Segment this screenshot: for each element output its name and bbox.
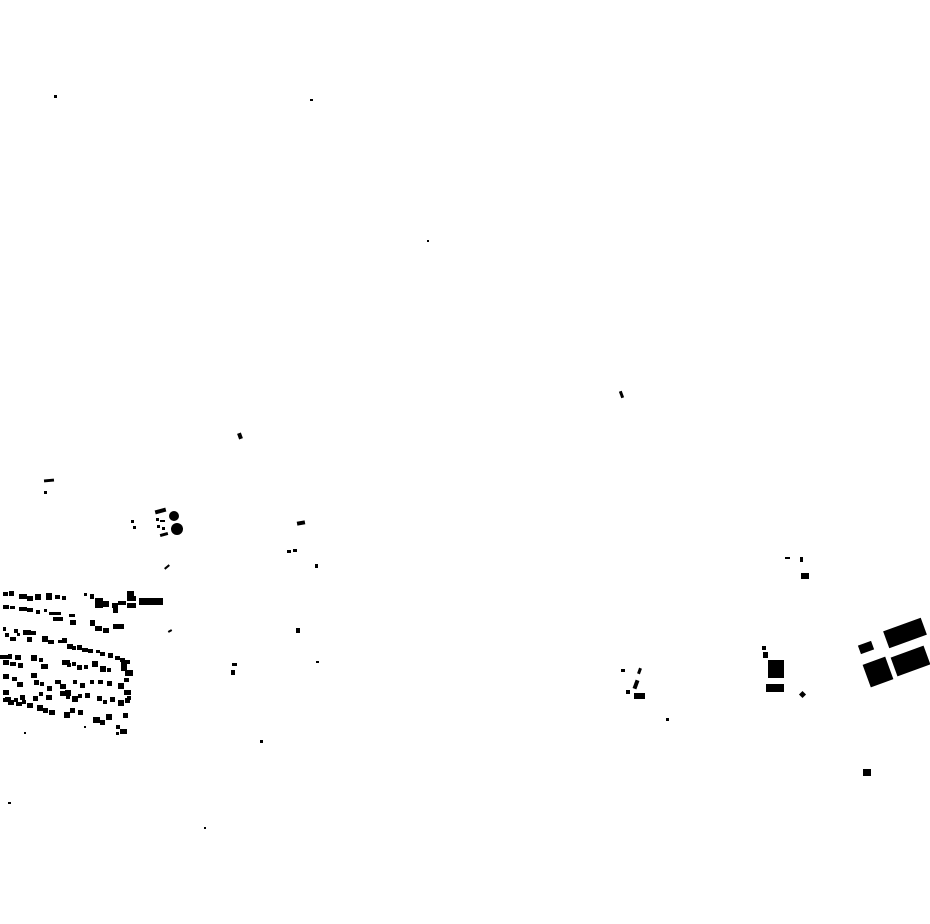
residential-building [44, 609, 47, 612]
residential-building [107, 681, 112, 686]
residential-building [49, 612, 61, 615]
residential-building [9, 591, 14, 596]
residential-building [27, 596, 33, 601]
residential-building [73, 680, 77, 684]
residential-building [33, 696, 38, 701]
residential-building [77, 665, 82, 670]
residential-building [40, 682, 44, 686]
residential-building [88, 649, 93, 653]
building [260, 740, 263, 743]
residential-building [90, 620, 95, 626]
residential-building [8, 700, 14, 705]
residential-building [27, 637, 32, 642]
residential-building [131, 596, 136, 601]
building [287, 550, 291, 553]
building [232, 663, 237, 666]
residential-building [66, 695, 70, 699]
residential-building [16, 702, 22, 706]
residential-building [60, 684, 66, 689]
residential-building [72, 646, 76, 650]
residential-building [121, 661, 127, 671]
residential-building [0, 655, 8, 659]
map-canvas[interactable] [0, 0, 930, 924]
residential-building [90, 680, 94, 684]
residential-building [69, 614, 75, 617]
residential-building [34, 680, 39, 685]
building [54, 95, 57, 98]
building [157, 525, 160, 528]
building [766, 684, 784, 692]
residential-building [77, 645, 82, 650]
residential-building [84, 665, 88, 669]
building [293, 549, 297, 552]
building [762, 646, 766, 650]
residential-building [31, 655, 37, 661]
residential-building [55, 680, 61, 684]
residential-building [18, 663, 23, 668]
residential-building [27, 703, 33, 708]
residential-building [100, 652, 105, 656]
residential-building [14, 629, 18, 633]
residential-building [62, 596, 66, 600]
building-footprints-layer [0, 0, 930, 924]
residential-building [84, 593, 87, 596]
building [427, 240, 429, 242]
building [131, 520, 134, 523]
building [237, 432, 243, 439]
residential-building [95, 598, 103, 608]
residential-building [90, 594, 94, 599]
residential-building [108, 653, 113, 658]
building [24, 732, 26, 734]
residential-building [93, 717, 100, 723]
residential-building [49, 710, 55, 715]
building [666, 718, 669, 721]
residential-building [70, 708, 75, 713]
circular-structure [169, 511, 179, 521]
building [231, 670, 235, 675]
building [44, 491, 47, 494]
residential-building [55, 595, 60, 599]
building [621, 669, 625, 672]
residential-building [27, 608, 33, 612]
residential-building [125, 670, 133, 676]
building [626, 690, 630, 694]
residential-building [118, 683, 124, 689]
building [133, 526, 136, 529]
residential-building [58, 640, 62, 643]
residential-building [43, 708, 48, 713]
building [315, 564, 318, 568]
industrial-building [891, 646, 930, 677]
residential-building [62, 638, 67, 643]
residential-building [127, 603, 136, 608]
residential-building [64, 712, 70, 718]
residential-building [22, 700, 26, 704]
residential-building [78, 694, 82, 698]
building [156, 518, 159, 521]
residential-building [116, 725, 120, 729]
residential-building [118, 700, 124, 706]
building [160, 532, 169, 537]
residential-building [12, 677, 17, 681]
residential-building [23, 630, 31, 635]
residential-building [46, 593, 52, 600]
building [168, 629, 172, 633]
building [297, 520, 306, 525]
residential-building [120, 729, 127, 734]
residential-building [116, 732, 119, 735]
residential-building [80, 683, 85, 688]
building [164, 564, 170, 569]
residential-building [113, 608, 118, 613]
residential-building [112, 603, 118, 608]
building [160, 520, 165, 522]
residential-building [107, 668, 111, 672]
residential-building [92, 661, 98, 667]
residential-building [3, 660, 9, 665]
building [619, 391, 624, 399]
residential-building [19, 594, 27, 599]
residential-building [103, 601, 109, 607]
residential-building [97, 696, 102, 701]
building [204, 827, 206, 829]
residential-building [8, 654, 12, 659]
residential-building [85, 693, 90, 698]
building [863, 769, 871, 776]
residential-building [115, 656, 120, 660]
residential-building [42, 636, 48, 642]
residential-building [98, 680, 103, 684]
residential-building [47, 686, 52, 691]
residential-building [19, 607, 27, 611]
residential-building [46, 695, 52, 700]
building [768, 660, 784, 678]
residential-building [67, 663, 71, 667]
residential-building [53, 617, 63, 621]
residential-building [118, 601, 126, 605]
residential-building [41, 664, 48, 669]
residential-building [123, 713, 128, 718]
residential-building [82, 648, 88, 652]
residential-building [70, 620, 76, 625]
residential-building [124, 678, 129, 682]
building [310, 99, 313, 101]
residential-building [31, 673, 37, 678]
building [763, 652, 768, 658]
residential-building [3, 605, 9, 609]
residential-building [84, 726, 86, 728]
residential-building [95, 626, 102, 631]
residential-building [100, 666, 106, 672]
residential-building [110, 697, 115, 702]
circular-structure [171, 523, 183, 535]
residential-building [36, 610, 40, 614]
residential-building [5, 633, 9, 637]
residential-building [113, 624, 124, 629]
residential-building [103, 628, 109, 633]
residential-building [3, 627, 6, 631]
residential-building [10, 662, 16, 666]
residential-building [100, 720, 105, 725]
residential-building [15, 655, 21, 660]
residential-building [96, 650, 100, 653]
residential-building [139, 598, 163, 605]
residential-building [124, 690, 131, 695]
building [801, 573, 809, 579]
residential-building [17, 633, 20, 636]
residential-building [39, 692, 43, 696]
building [296, 628, 300, 633]
building [785, 557, 790, 559]
residential-building [35, 594, 41, 600]
residential-building [39, 658, 43, 662]
residential-building [20, 695, 25, 700]
residential-building [3, 690, 9, 695]
building [8, 802, 11, 804]
residential-building [14, 698, 18, 702]
residential-building [48, 640, 54, 644]
residential-building [72, 662, 76, 666]
building [162, 527, 165, 530]
residential-building [37, 705, 43, 711]
residential-building [106, 714, 112, 720]
residential-building [17, 682, 23, 687]
industrial-building [858, 641, 874, 654]
building [316, 661, 319, 663]
building [44, 479, 54, 483]
building [155, 508, 167, 515]
residential-building [31, 631, 36, 635]
residential-building [72, 696, 78, 702]
residential-building [10, 637, 16, 641]
building [799, 691, 806, 698]
residential-building [3, 592, 8, 596]
residential-building [10, 606, 15, 609]
residential-building [103, 700, 107, 704]
building [637, 668, 642, 675]
industrial-building [883, 618, 927, 649]
residential-building [78, 710, 83, 715]
industrial-building [863, 657, 894, 688]
residential-building [3, 674, 9, 679]
building [633, 680, 640, 690]
residential-building [125, 698, 130, 703]
building [800, 557, 803, 562]
building [634, 693, 645, 699]
